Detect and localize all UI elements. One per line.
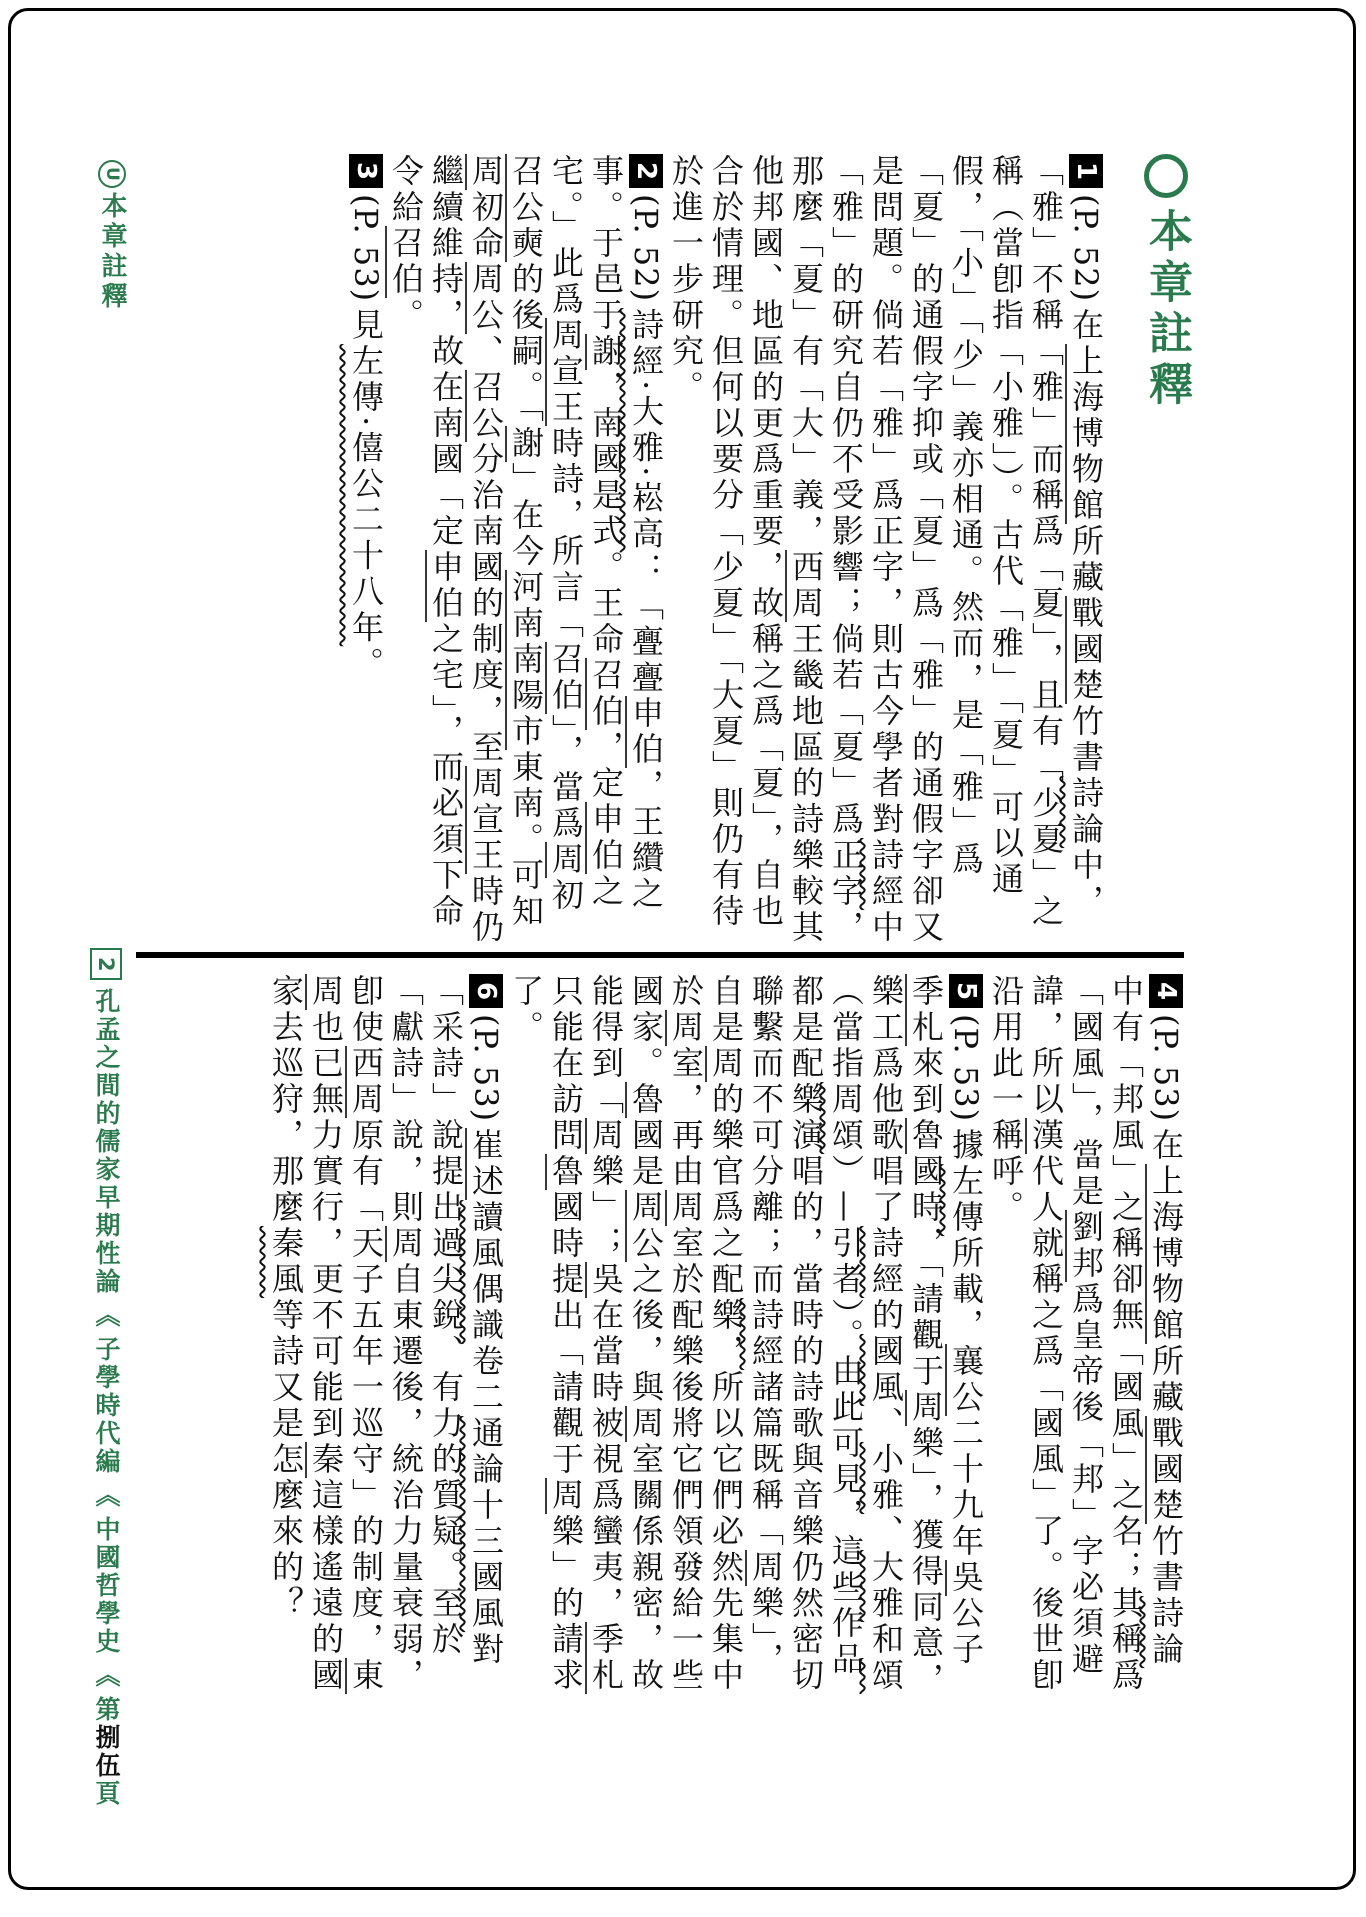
book-title: 通論十三國風 [467,1416,505,1632]
separator-bracket-icon: 《 [92,1662,121,1690]
note-text: 分治南國的制度，至 [467,442,505,766]
proper-noun: 周 [665,1010,705,1046]
margin-label-segment: 第 [92,1696,121,1724]
note-text: 、 [867,1406,905,1442]
margin-label-top-text: 本章註釋 [97,192,127,312]
note-text: 竹書 [1147,1524,1185,1596]
note-6: 6(P. 53)崔述讀風偶識卷二通論十三國風對「采詩」說提出過尖銳、有力的質疑。… [266,974,506,1702]
proper-noun: 周 [665,1190,705,1226]
note-text: 、 [867,1514,905,1550]
proper-noun: 召公 [465,370,505,442]
note-text: 所藏 [1147,1344,1185,1416]
note-text: 竹書 [1067,704,1105,776]
proper-noun: 漢 [1025,1118,1065,1154]
proper-noun: 周 [625,1406,665,1442]
note-text: 在 [1147,1128,1185,1164]
book-title: 國風 [867,1334,905,1406]
circled-u-icon: U [98,160,126,188]
proper-noun: 周 [905,1390,945,1426]
proper-noun: 河南南陽市 [505,570,545,750]
proper-noun: 西周 [785,550,825,622]
note-text: （當指 [827,974,865,1082]
separator-bracket-icon: 《 [92,1482,121,1510]
book-title: 周頌 [827,1082,865,1154]
proper-noun: 魯 [545,1154,585,1190]
page-reference: (P. 52) [1067,194,1105,302]
proper-noun: 申伯 [425,550,465,622]
book-title: 詩經 [747,1298,785,1370]
note-text: 來到 [907,1046,945,1118]
proper-noun: 季札 [905,974,945,1046]
note-text: ，定 [587,730,625,802]
proper-noun: 吳 [945,1560,985,1596]
margin-label-segment: 子學時代編 [92,1336,121,1476]
page-reference: (P. 52) [627,194,665,302]
note-text: 初命 [467,190,505,262]
proper-noun: 周 [385,1226,425,1262]
page-reference: (P. 53) [947,1014,985,1122]
proper-noun: 戰國楚 [1145,1416,1185,1524]
book-title: 左傳 [947,1164,985,1236]
proper-noun: 周公 [625,1190,665,1262]
separator-bracket-icon: 《 [92,1302,121,1330]
notes-section-top: 1(P. 52)在上海博物館所藏戰國楚竹書詩論中，「雅」不稱「雅」而稱爲「夏」，… [140,154,1106,948]
note-text: 國是 [627,1118,665,1190]
note-text: 在當時被視爲蠻夷， [587,1298,625,1622]
page-number: 捌伍 [92,1724,121,1780]
proper-noun: 謝 [585,334,625,370]
proper-noun: 周 [465,154,505,190]
proper-noun: 謝 [505,426,545,462]
proper-noun: 秦 [305,1442,345,1478]
note-3: 3(P. 53)見左傳·僖公二十八年。 [346,154,386,948]
note-text: 在 [1067,308,1105,344]
proper-noun: 周 [705,1046,745,1082]
note-text: 所載， [947,1236,985,1344]
proper-noun: 周宣王 [545,318,585,426]
note-text: 、 [467,334,505,370]
note-number-badge: 1 [1069,154,1103,188]
proper-noun: 周 [545,842,585,878]
book-title: 詩論 [1067,776,1105,848]
proper-noun: 上海博物館 [1065,344,1105,524]
book-title: 大雅 [867,1550,905,1622]
proper-noun: 召伯 [385,226,425,298]
note-text: 國時提出「請觀于 [547,1190,585,1478]
proper-noun: 周公 [465,262,505,334]
note-text: 的 [867,1298,905,1334]
note-number-badge: 6 [469,974,503,1008]
note-text: 初 [547,878,585,914]
proper-noun: 申伯 [625,696,665,768]
note-1: 1(P. 52)在上海博物館所藏戰國楚竹書詩論中，「雅」不稱「雅」而稱爲「夏」，… [666,154,1106,948]
proper-noun: 周宣王 [465,766,505,874]
note-text: 原有「天子五年一巡守」的制度， [347,1118,385,1658]
page-reference: (P. 53) [467,1014,505,1122]
proper-noun: 召伯 [545,642,585,714]
proper-noun: 戰國楚 [1065,596,1105,704]
margin-label-segment: 頁 [92,1780,121,1808]
proper-noun: 召伯 [585,658,625,730]
note-text: 室，再由 [667,1046,705,1190]
proper-noun: 申伯 [585,802,625,874]
margin-label-segment: 孔孟之間的儒家早期性論 [92,988,121,1296]
note-number-badge: 5 [949,974,983,1008]
section-divider [136,952,1184,958]
note-text: 只能在訪問 [547,974,585,1154]
book-title: 讀風偶識 [467,1200,505,1344]
chapter-number-badge: 2 [90,948,122,980]
note-text: 國時，「請觀于 [907,1154,945,1390]
book-title: 秦風 [267,1226,305,1298]
proper-noun: 襄公 [945,1344,985,1416]
section-circle-icon [1144,154,1188,198]
note-text: 時詩，所言「 [547,426,585,642]
note-text: 。 [347,646,385,682]
book-title: 詩經·大雅·崧高 [627,308,665,552]
note-text: 諸篇既稱「 [747,1370,785,1550]
note-text: 卷二 [467,1344,505,1416]
note-text: 和 [867,1622,905,1658]
note-text: 的後嗣。「 [507,262,545,426]
proper-noun: 季札 [585,1622,625,1694]
page-title: 本章註釋 [1141,208,1192,412]
note-text: 也已無力實行，更不可能到 [307,1010,345,1442]
note-text: 等詩又是怎麼來的？ [267,1298,305,1622]
note-text: 見 [347,308,385,344]
note-text: 公子 [947,1596,985,1668]
page-reference: (P. 53) [347,194,385,302]
proper-noun: 召公奭 [505,154,545,262]
book-title: 小雅 [867,1442,905,1514]
note-5: 5(P. 53)據左傳所載，襄公二十九年吳公子季札來到魯國時，「請觀于周樂」，獲… [506,974,986,1702]
page-reference: (P. 53) [1147,1014,1185,1122]
margin-label-bottom: 2孔孟之間的儒家早期性論《子學時代編《中國哲學史《第捌伍頁 [88,948,124,1808]
note-2: 2(P. 52)詩經·大雅·崧高：「亹亹申伯，王纘之事。于邑于謝，南國是式。王命… [386,154,666,948]
margin-label-segment: 中國哲學史 [92,1516,121,1656]
chapter-notes-header: 本章註釋 [1134,154,1198,412]
note-text: ，南國是式。王命 [587,370,625,658]
proper-noun: 周 [585,1118,625,1154]
note-text: 」，當爲 [547,714,585,842]
note-4: 4(P. 53)在上海博物館所藏戰國楚竹書詩論中有「邦風」之稱卻無「國風」之名；… [986,974,1186,1702]
book-title: 頌 [867,1658,905,1694]
book-title: 詩論 [1147,1596,1185,1668]
note-text: 之後，與 [627,1262,665,1406]
margin-label-top: U本章註釋 [94,160,131,312]
proper-noun: 崔述 [465,1128,505,1200]
proper-noun: 魯 [625,1082,665,1118]
notes-section-bottom: 4(P. 53)在上海博物館所藏戰國楚竹書詩論中有「邦風」之稱卻無「國風」之名；… [142,974,1186,1702]
book-title: 詩經 [867,1226,905,1298]
note-text: 」在今 [507,462,545,570]
note-number-badge: 3 [349,154,383,188]
proper-noun: 西周 [345,1046,385,1118]
note-text: 樂」； [587,1154,625,1262]
proper-noun: 吳 [585,1262,625,1298]
note-text: 。 [387,298,425,334]
note-text: 二十九年 [947,1416,985,1560]
proper-noun: 周 [745,1550,785,1586]
note-text: 所藏 [1067,524,1105,596]
note-text: ：「亹亹 [627,552,665,696]
proper-noun: 周 [545,1478,585,1514]
note-text: 據 [947,1128,985,1164]
note-number-badge: 4 [1149,974,1183,1008]
margin-label-bottom-text: 孔孟之間的儒家早期性論《子學時代編《中國哲學史《第捌伍頁 [92,988,121,1808]
book-title: 詩經 [867,838,905,910]
note-text: 東南。可知 [507,750,545,930]
note-number-badge: 2 [629,154,663,188]
proper-noun: 上海博物館 [1145,1164,1185,1344]
proper-noun: 魯 [905,1118,945,1154]
book-title: 左傳·僖公二十八年 [347,344,385,646]
proper-noun: 劉邦 [1065,1210,1105,1282]
